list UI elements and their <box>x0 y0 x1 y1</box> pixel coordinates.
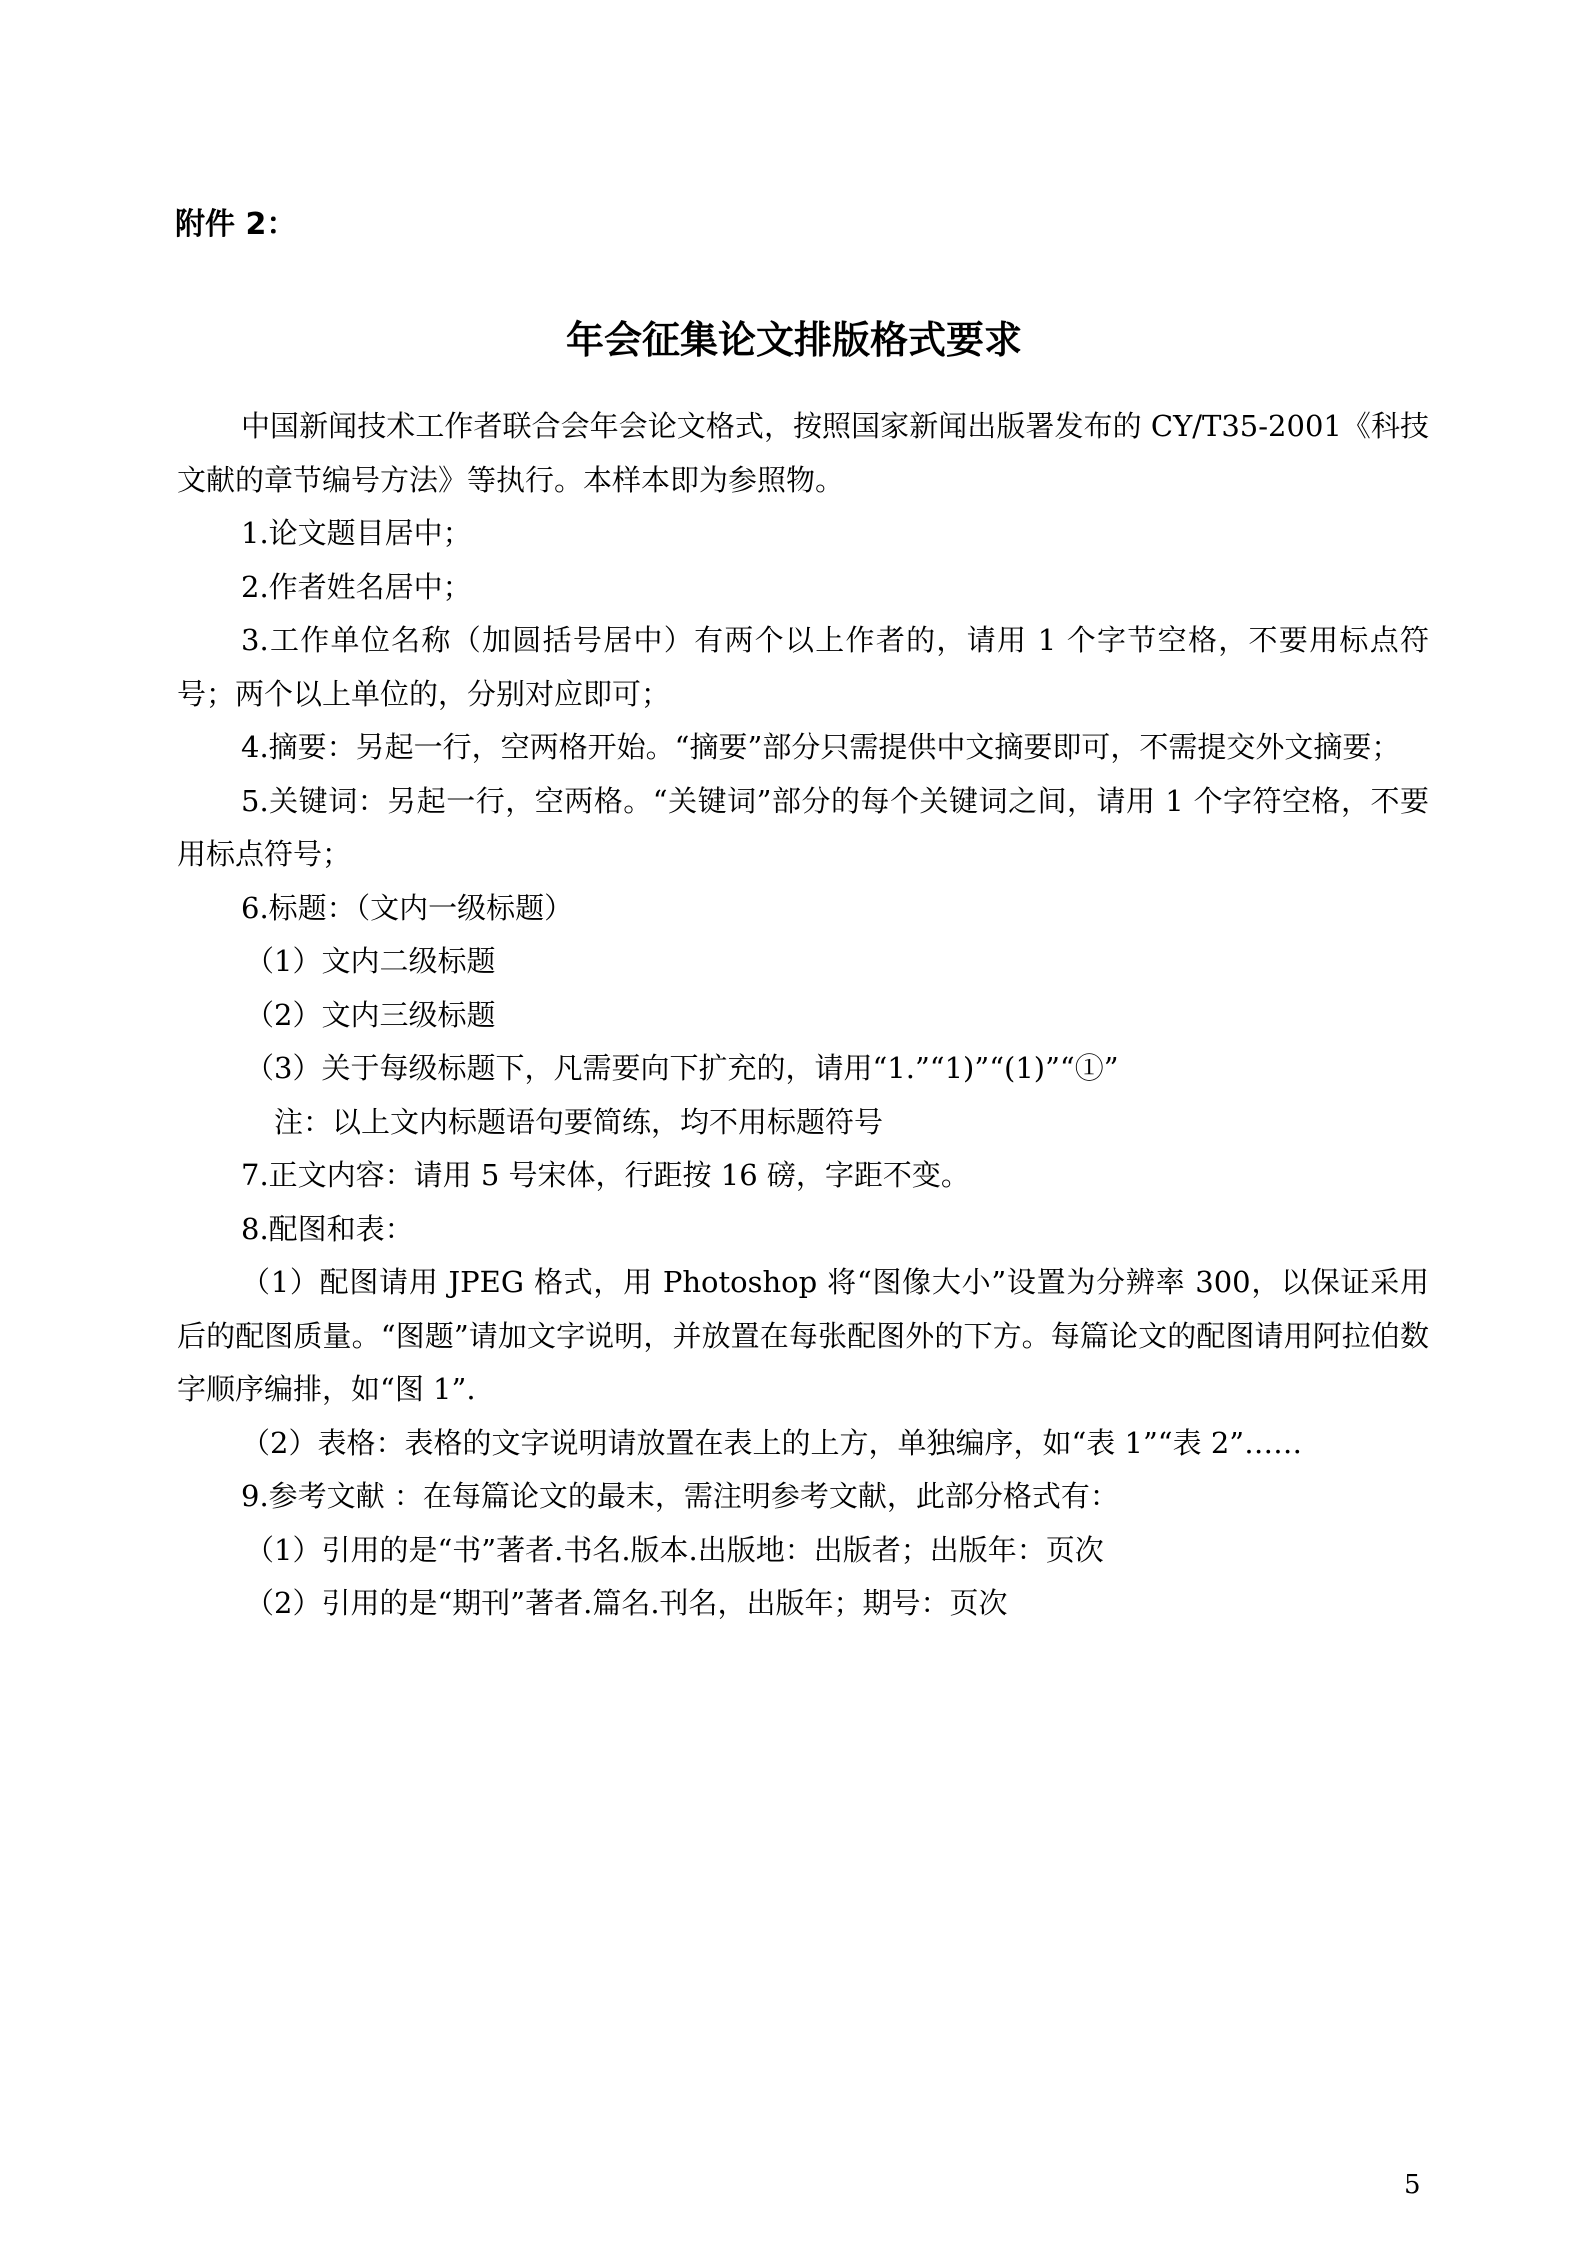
item-8-2: （2）表格：表格的文字说明请放置在表上的上方，单独编序，如“表 1”“表 2”…… <box>177 1417 1429 1471</box>
item-2: 2.作者姓名居中； <box>177 561 1429 615</box>
item-6-3: （3）关于每级标题下，凡需要向下扩充的，请用“1.”“1)”“(1)”“①” <box>177 1042 1429 1096</box>
document-title: 年会征集论文排版格式要求 <box>0 315 1588 365</box>
item-6: 6.标题：（文内一级标题） <box>177 882 1429 936</box>
attachment-label: 附件 2： <box>175 205 296 245</box>
item-9: 9.参考文献 ：在每篇论文的最末，需注明参考文献，此部分格式有： <box>177 1470 1429 1524</box>
item-3: 3.工作单位名称（加圆括号居中）有两个以上作者的，请用 1 个字节空格，不要用标… <box>177 614 1429 721</box>
item-6-note: 注：以上文内标题语句要简练，均不用标题符号 <box>177 1096 1429 1150</box>
item-1: 1.论文题目居中； <box>177 507 1429 561</box>
item-9-1: （1）引用的是“书”著者.书名.版本.出版地：出版者；出版年：页次 <box>177 1524 1429 1578</box>
page-number: 5 <box>1404 2168 1421 2202</box>
item-6-1: （1）文内二级标题 <box>177 935 1429 989</box>
document-body: 中国新闻技术工作者联合会年会论文格式，按照国家新闻出版署发布的 CY/T35-2… <box>177 400 1429 1631</box>
item-8-1: （1）配图请用 JPEG 格式，用 Photoshop 将“图像大小”设置为分辨… <box>177 1256 1429 1417</box>
item-7: 7.正文内容：请用 5 号宋体，行距按 16 磅，字距不变。 <box>177 1149 1429 1203</box>
item-4: 4.摘要：另起一行，空两格开始。“摘要”部分只需提供中文摘要即可，不需提交外文摘… <box>177 721 1429 775</box>
item-5: 5.关键词：另起一行，空两格。“关键词”部分的每个关键词之间，请用 1 个字符空… <box>177 775 1429 882</box>
intro-paragraph: 中国新闻技术工作者联合会年会论文格式，按照国家新闻出版署发布的 CY/T35-2… <box>177 400 1429 507</box>
item-6-2: （2）文内三级标题 <box>177 989 1429 1043</box>
item-9-2: （2）引用的是“期刊”著者.篇名.刊名，出版年；期号：页次 <box>177 1577 1429 1631</box>
item-8: 8.配图和表： <box>177 1203 1429 1257</box>
